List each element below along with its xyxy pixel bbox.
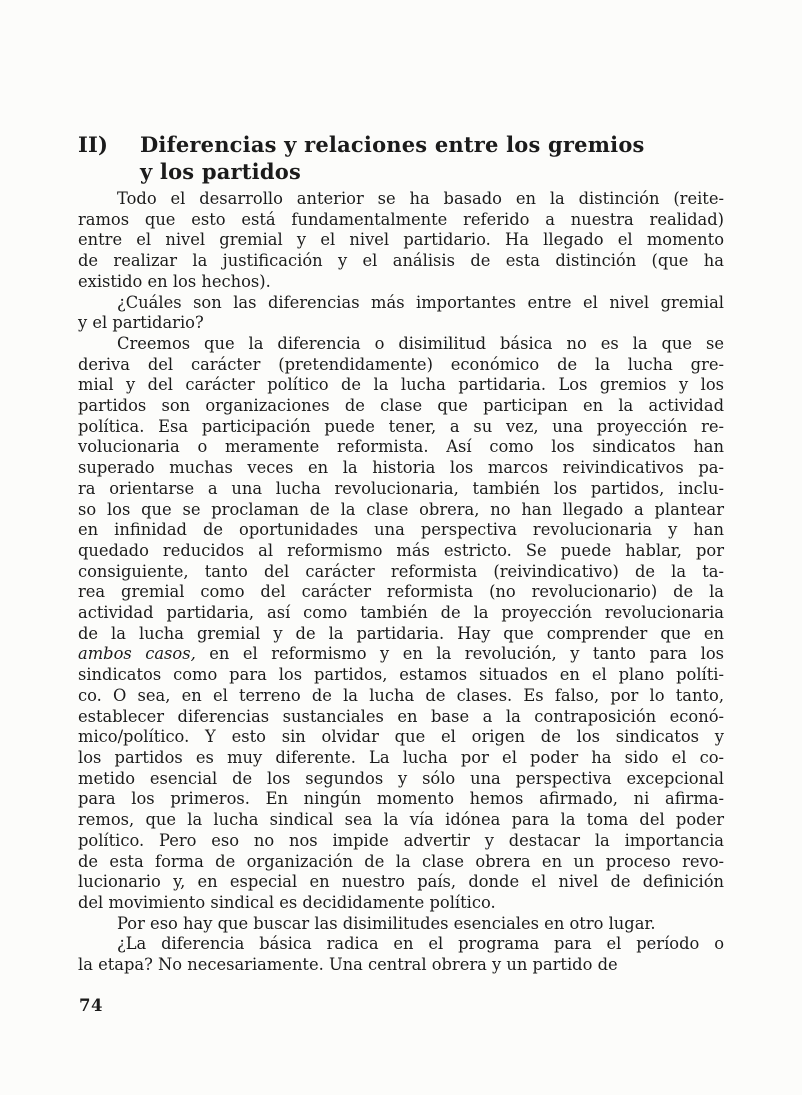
text-line: de esta forma de organización de la clas… [78, 852, 724, 873]
text-line: so los que se proclaman de la clase obre… [78, 500, 724, 521]
text-line: rea gremial como del carácter reformista… [78, 582, 724, 603]
text-line: remos, que la lucha sindical sea la vía … [78, 810, 724, 831]
paragraph: Creemos que la diferencia o disimilitud … [78, 334, 724, 914]
paragraph: ¿La diferencia básica radica en el progr… [78, 934, 724, 975]
text-line: política. Esa participación puede tener,… [78, 417, 724, 438]
text-line: Todo el desarrollo anterior se ha basado… [78, 189, 724, 210]
text-line: mico/político. Y esto sin olvidar que el… [78, 727, 724, 748]
text-line: político. Pero eso no nos impide adverti… [78, 831, 724, 852]
text-line: los partidos es muy diferente. La lucha … [78, 748, 724, 769]
text-line: establecer diferencias sustanciales en b… [78, 707, 724, 728]
section-numeral: II) [78, 131, 140, 185]
page-number: 74 [79, 996, 103, 1015]
paragraph: ¿Cuáles son las diferencias más importan… [78, 293, 724, 334]
book-page: II) Diferencias y relaciones entre los g… [0, 0, 802, 1095]
text-line: ramos que esto está fundamentalmente ref… [78, 210, 724, 231]
paragraph: Por eso hay que buscar las disimilitudes… [78, 914, 724, 935]
text-line: volucionaria o meramente reformista. Así… [78, 437, 724, 458]
section-heading: II) Diferencias y relaciones entre los g… [78, 131, 724, 185]
text-line: Por eso hay que buscar las disimilitudes… [78, 914, 724, 935]
text-line: sindicatos como para los partidos, estam… [78, 665, 724, 686]
text-line: deriva del carácter (pretendidamente) ec… [78, 355, 724, 376]
text-line: metido esencial de los segundos y sólo u… [78, 769, 724, 790]
text-line: entre el nivel gremial y el nivel partid… [78, 230, 724, 251]
text-line: de la lucha gremial y de la partidaria. … [78, 624, 724, 645]
text-line: consiguiente, tanto del carácter reformi… [78, 562, 724, 583]
text-line: en infinidad de oportunidades una perspe… [78, 520, 724, 541]
text-line: Creemos que la diferencia o disimilitud … [78, 334, 724, 355]
text-line: del movimiento sindical es decididamente… [78, 893, 724, 914]
text-line: y el partidario? [78, 313, 724, 334]
text-line: ra orientarse a una lucha revolucionaria… [78, 479, 724, 500]
section-heading-line1: Diferencias y relaciones entre los gremi… [140, 131, 724, 158]
text-line: existido en los hechos). [78, 272, 724, 293]
text-line: superado muchas veces en la historia los… [78, 458, 724, 479]
section-heading-line2: y los partidos [140, 158, 724, 185]
text-line: actividad partidaria, así como también d… [78, 603, 724, 624]
paragraph: Todo el desarrollo anterior se ha basado… [78, 189, 724, 293]
text-line: la etapa? No necesariamente. Una central… [78, 955, 724, 976]
text-line: partidos son organizaciones de clase que… [78, 396, 724, 417]
body-text: Todo el desarrollo anterior se ha basado… [78, 189, 724, 976]
text-line: lucionario y, en especial en nuestro paí… [78, 872, 724, 893]
text-line: ¿La diferencia básica radica en el progr… [78, 934, 724, 955]
text-line: de realizar la justificación y el anális… [78, 251, 724, 272]
text-block: II) Diferencias y relaciones entre los g… [78, 131, 724, 976]
section-heading-text: Diferencias y relaciones entre los gremi… [140, 131, 724, 185]
text-line: co. O sea, en el terreno de la lucha de … [78, 686, 724, 707]
text-line: ¿Cuáles son las diferencias más importan… [78, 293, 724, 314]
text-line: para los primeros. En ningún momento hem… [78, 789, 724, 810]
text-line: ambos casos, en el reformismo y en la re… [78, 644, 724, 665]
text-line: mial y del carácter político de la lucha… [78, 375, 724, 396]
text-line: quedado reducidos al reformismo más estr… [78, 541, 724, 562]
